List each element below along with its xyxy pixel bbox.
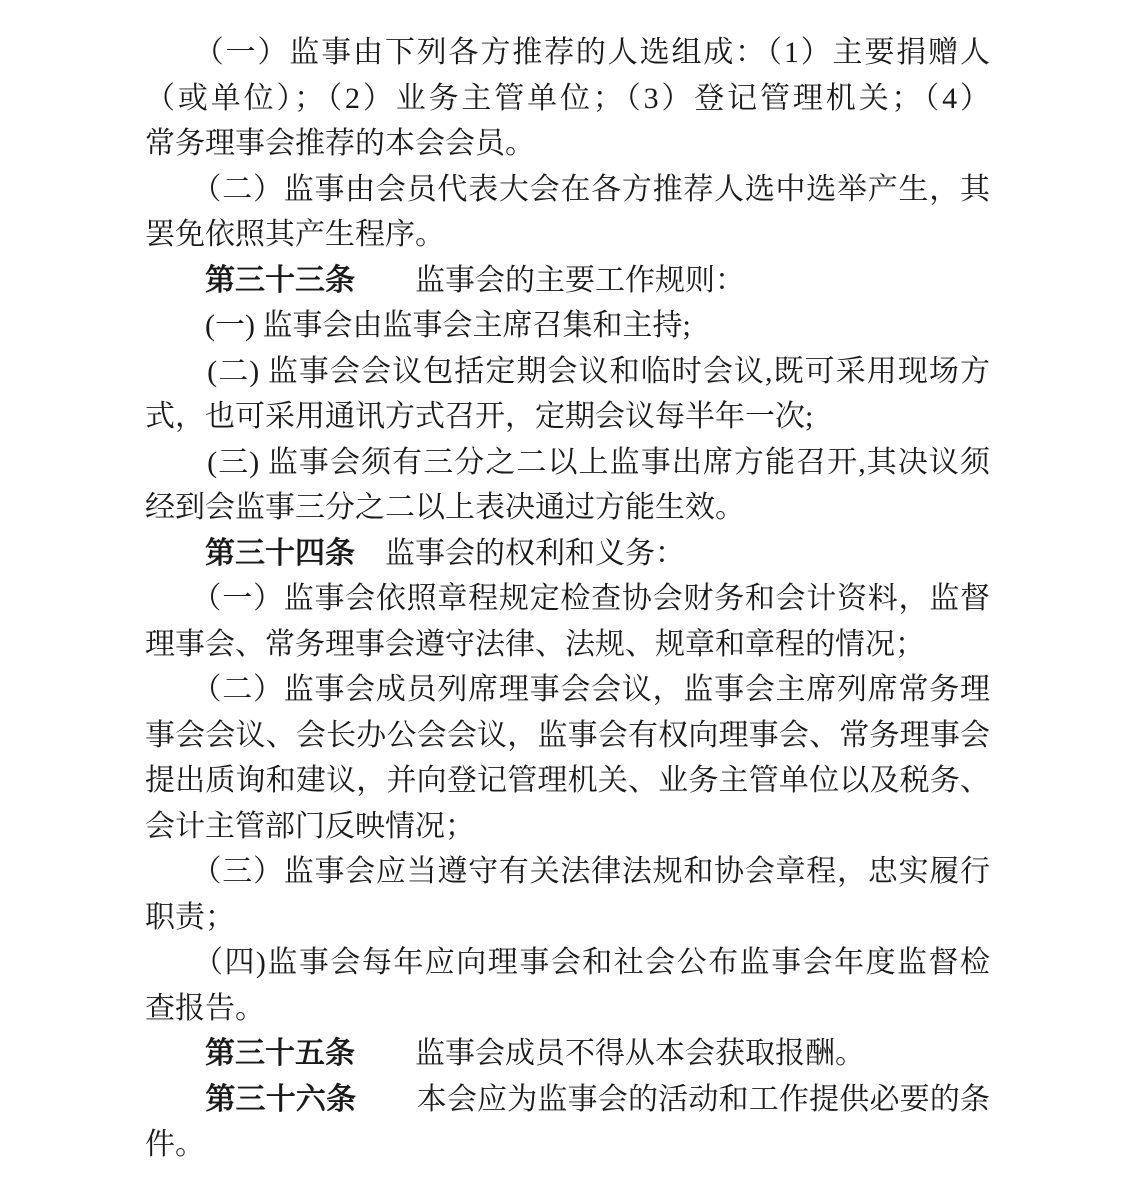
text-line: (二) 监事会会议包括定期会议和临时会议,既可采用现场方 xyxy=(145,349,990,395)
text-line: 常务理事会推荐的本会会员。 xyxy=(145,121,990,167)
article-number: 第三十四条 xyxy=(145,537,355,570)
line-text: 式，也可采用通讯方式召开，定期会议每半年一次; xyxy=(145,400,813,433)
text-line: 罢免依照其产生程序。 xyxy=(145,212,990,258)
text-line: 第三十五条 监事会成员不得从本会获取报酬。 xyxy=(145,1031,990,1077)
line-text: (二) 监事会会议包括定期会议和临时会议,既可采用现场方 xyxy=(145,355,990,388)
line-text: (一) 监事会由监事会主席召集和主持; xyxy=(145,309,691,342)
text-line: 件。 xyxy=(145,1122,990,1168)
line-text: （四)监事会每年应向理事会和社会公布监事会年度监督检 xyxy=(145,946,990,979)
text-line: 第三十四条 监事会的权利和义务： xyxy=(145,531,990,577)
article-number: 第三十五条 xyxy=(145,1037,355,1070)
line-text: （一）监事由下列各方推荐的人选组成：（1）主要捐赠人 xyxy=(145,36,990,69)
text-line: 会计主管部门反映情况； xyxy=(145,804,990,850)
line-text: 监事会的主要工作规则： xyxy=(355,264,745,297)
text-line: （二）监事由会员代表大会在各方推荐人选中选举产生，其 xyxy=(145,167,990,213)
line-text: 职责； xyxy=(145,901,235,934)
line-text: 经到会监事三分之二以上表决通过方能生效。 xyxy=(145,491,745,524)
text-line: 查报告。 xyxy=(145,986,990,1032)
text-line: 事会会议、会长办公会会议，监事会有权向理事会、常务理事会 xyxy=(145,713,990,759)
text-line: (三) 监事会须有三分之二以上监事出席方能召开,其决议须 xyxy=(145,440,990,486)
text-line: 提出质询和建议，并向登记管理机关、业务主管单位以及税务、 xyxy=(145,758,990,804)
line-text: 监事会成员不得从本会获取报酬。 xyxy=(355,1037,865,1070)
text-line: （三）监事会应当遵守有关法律法规和协会章程，忠实履行 xyxy=(145,849,990,895)
line-text: 罢免依照其产生程序。 xyxy=(145,218,445,251)
text-line: 第三十六条 本会应为监事会的活动和工作提供必要的条 xyxy=(145,1077,990,1123)
line-text: 理事会、常务理事会遵守法律、法规、规章和章程的情况； xyxy=(145,628,925,661)
text-line: 理事会、常务理事会遵守法律、法规、规章和章程的情况； xyxy=(145,622,990,668)
line-text: 本会应为监事会的活动和工作提供必要的条 xyxy=(356,1083,990,1116)
document-page: （一）监事由下列各方推荐的人选组成：（1）主要捐赠人 （或单位）；（2）业务主管… xyxy=(145,30,990,1168)
text-line: （一）监事由下列各方推荐的人选组成：（1）主要捐赠人 xyxy=(145,30,990,76)
line-text: 会计主管部门反映情况； xyxy=(145,810,475,843)
line-text: 件。 xyxy=(145,1128,205,1161)
line-text: （二）监事会成员列席理事会会议，监事会主席列席常务理 xyxy=(145,673,990,706)
text-line: （四)监事会每年应向理事会和社会公布监事会年度监督检 xyxy=(145,940,990,986)
line-text: 查报告。 xyxy=(145,992,265,1025)
text-line: （一）监事会依照章程规定检查协会财务和会计资料，监督 xyxy=(145,576,990,622)
line-text: (三) 监事会须有三分之二以上监事出席方能召开,其决议须 xyxy=(145,446,990,479)
text-line: 式，也可采用通讯方式召开，定期会议每半年一次; xyxy=(145,394,990,440)
text-line: 第三十三条 监事会的主要工作规则： xyxy=(145,258,990,304)
article-number: 第三十三条 xyxy=(145,264,355,297)
line-text: 监事会的权利和义务： xyxy=(355,537,685,570)
text-line: 经到会监事三分之二以上表决通过方能生效。 xyxy=(145,485,990,531)
line-text: （二）监事由会员代表大会在各方推荐人选中选举产生，其 xyxy=(145,173,990,206)
line-text: （一）监事会依照章程规定检查协会财务和会计资料，监督 xyxy=(145,582,990,615)
text-line: (一) 监事会由监事会主席召集和主持; xyxy=(145,303,990,349)
line-text: （或单位）；（2）业务主管单位；（3）登记管理机关；（4） xyxy=(145,82,990,115)
line-text: （三）监事会应当遵守有关法律法规和协会章程，忠实履行 xyxy=(145,855,990,888)
article-number: 第三十六条 xyxy=(145,1083,356,1116)
line-text: 常务理事会推荐的本会会员。 xyxy=(145,127,535,160)
text-line: 职责； xyxy=(145,895,990,941)
text-line: （或单位）；（2）业务主管单位；（3）登记管理机关；（4） xyxy=(145,76,990,122)
line-text: 事会会议、会长办公会会议，监事会有权向理事会、常务理事会 xyxy=(145,719,990,752)
line-text: 提出质询和建议，并向登记管理机关、业务主管单位以及税务、 xyxy=(145,764,990,797)
text-line: （二）监事会成员列席理事会会议，监事会主席列席常务理 xyxy=(145,667,990,713)
